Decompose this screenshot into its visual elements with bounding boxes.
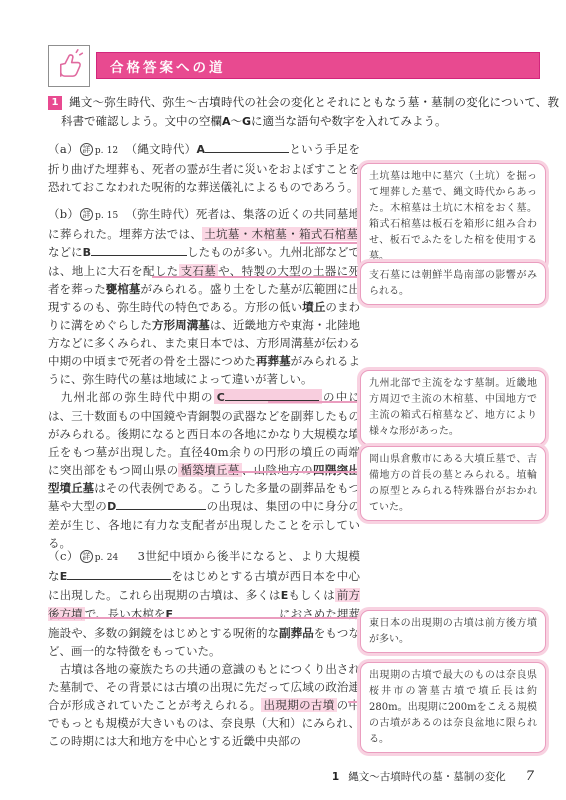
bold-term-fukusohin: 副葬品 [279, 626, 314, 640]
connector-line-3 [268, 401, 362, 403]
note-box-kyushu-hokubu: 九州北部で主流をなす墓制。近畿地方周辺で主流の木棺墓、中国地方で主流の箱式石棺墓… [360, 370, 546, 445]
paragraph-c: （c）詳p. 24 3世紀中頃から後半になると、より大規模なEをはじめとする古墳… [48, 547, 360, 750]
blank-b: B [83, 245, 187, 259]
bold-term-kamekanbo: 甕棺墓 [106, 282, 141, 296]
paragraph-b: （b）詳p. 15（弥生時代）死者は、集落の近くの共同墓地に葬られた。埋葬方法で… [48, 205, 360, 552]
thumbs-up-icon [53, 48, 86, 85]
blank-a: A [197, 142, 290, 156]
note-text: 出現期の古墳で最大のものは奈良県桜井市の箸墓古墳で墳丘長は約280m。出現期に2… [369, 670, 537, 745]
connector-line-4 [228, 471, 362, 473]
bold-term-hokei-shukobo: 方形周溝墓 [152, 318, 210, 332]
footer-title: 縄文～古墳時代の墓・墓制の変化 [348, 771, 506, 783]
paragraph-a-label: （a） [48, 142, 79, 156]
thumbs-up-icon-box [48, 45, 90, 87]
note-text: 九州北部で主流をなす墓制。近畿地方周辺で主流の木棺墓、中国地方で主流の箱式石棺墓… [369, 378, 537, 437]
page-number: 7 [526, 769, 534, 784]
intro-tilde: ～ [231, 114, 243, 128]
bold-term-saisobo: 再葬墓 [256, 354, 291, 368]
page-ref: p. 24 [95, 553, 118, 563]
section-title: 合格答案への道 [110, 56, 226, 76]
paragraph-c-label: （c） [48, 549, 79, 563]
section-title-bar: 合格答案への道 [96, 52, 540, 79]
highlight-term-tatetsuki: 楯築墳丘墓 [178, 463, 241, 477]
connector-line-5 [50, 617, 362, 619]
text-run: もしくは [288, 588, 335, 602]
page-footer: 1縄文～古墳時代の墓・墓制の変化7 [332, 769, 534, 784]
note-text: 岡山県倉敷市にある大墳丘墓で、吉備地方の首長の墓とみられる。埴輪の原型とみられる… [369, 454, 537, 513]
note-box-shisekibo: 支石墓には朝鮮半島南部の影響がみられる。 [360, 262, 546, 305]
connector-line-1 [300, 242, 362, 244]
note-text: 東日本の出現期の古墳は前方後方墳が多い。 [369, 618, 537, 645]
highlight-term-doko-bo: 土坑墓・木棺墓・箱式石棺墓 [202, 227, 360, 241]
textbook-ref-icon: 詳 [80, 550, 93, 563]
note-box-dokobo: 土坑墓は地中に墓穴（土坑）を掘って埋葬した墓で、縄文時代からあった。木棺墓は土坑… [360, 163, 546, 270]
text-run: （縄文時代） [125, 142, 196, 156]
blank-underline [91, 244, 187, 256]
blank-letter-a-ref: A [222, 115, 231, 128]
page-ref: p. 15 [95, 211, 118, 221]
connector-line-2 [152, 276, 362, 278]
blank-underline [67, 568, 171, 580]
exercise-intro: 1縄文～弥生時代、弥生～古墳時代の社会の変化とそれにともなう墓・墓制の変化につい… [48, 93, 559, 131]
blank-d: D [107, 499, 206, 513]
page-ref: p. 12 [95, 146, 118, 156]
text-run: 九州北部の弥生時代中期の [48, 390, 214, 404]
note-box-tatetsuki: 岡山県倉敷市にある大墳丘墓で、吉備地方の首長の墓とみられる。埴輪の原型とみられる… [360, 446, 546, 521]
blank-underline [225, 389, 319, 401]
textbook-ref-icon: 詳 [80, 208, 93, 221]
bold-term-funkyu: 墳丘 [302, 300, 325, 314]
highlight-term-shutsugenki-kofun: 出現期の古墳 [261, 698, 336, 712]
note-text: 支石墓には朝鮮半島南部の影響がみられる。 [369, 270, 537, 297]
note-text: 土坑墓は地中に墓穴（土坑）を掘って埋葬した墓で、縄文時代からあった。木棺墓は土坑… [369, 171, 537, 262]
text-run: などに [48, 245, 83, 259]
text-run: 、山陰地方の [242, 463, 313, 477]
intro-text-2: に適当な語句や数字を入れてみよう。 [251, 114, 447, 128]
blank-underline [205, 141, 289, 153]
note-box-higashi-nihon: 東日本の出現期の古墳は前方後方墳が多い。 [360, 610, 546, 653]
blank-letter-g-ref: G [242, 115, 251, 128]
paragraph-a: （a）詳p. 12（縄文時代）Aという手足を折り曲げた埋葬も、死者の霊が生者に災… [48, 140, 360, 196]
blank-e: E [60, 569, 172, 583]
blank-underline [116, 498, 206, 510]
textbook-page: 合格答案への道 1縄文～弥生時代、弥生～古墳時代の社会の変化とそれにともなう墓・… [0, 0, 566, 800]
exercise-number-badge: 1 [48, 96, 62, 110]
paragraph-b-label: （b） [48, 207, 79, 221]
footer-section-number: 1 [332, 771, 339, 783]
textbook-ref-icon: 詳 [80, 143, 93, 156]
note-box-hashihaka: 出現期の古墳で最大のものは奈良県桜井市の箸墓古墳で墳丘長は約280m。出現期に2… [360, 662, 546, 753]
